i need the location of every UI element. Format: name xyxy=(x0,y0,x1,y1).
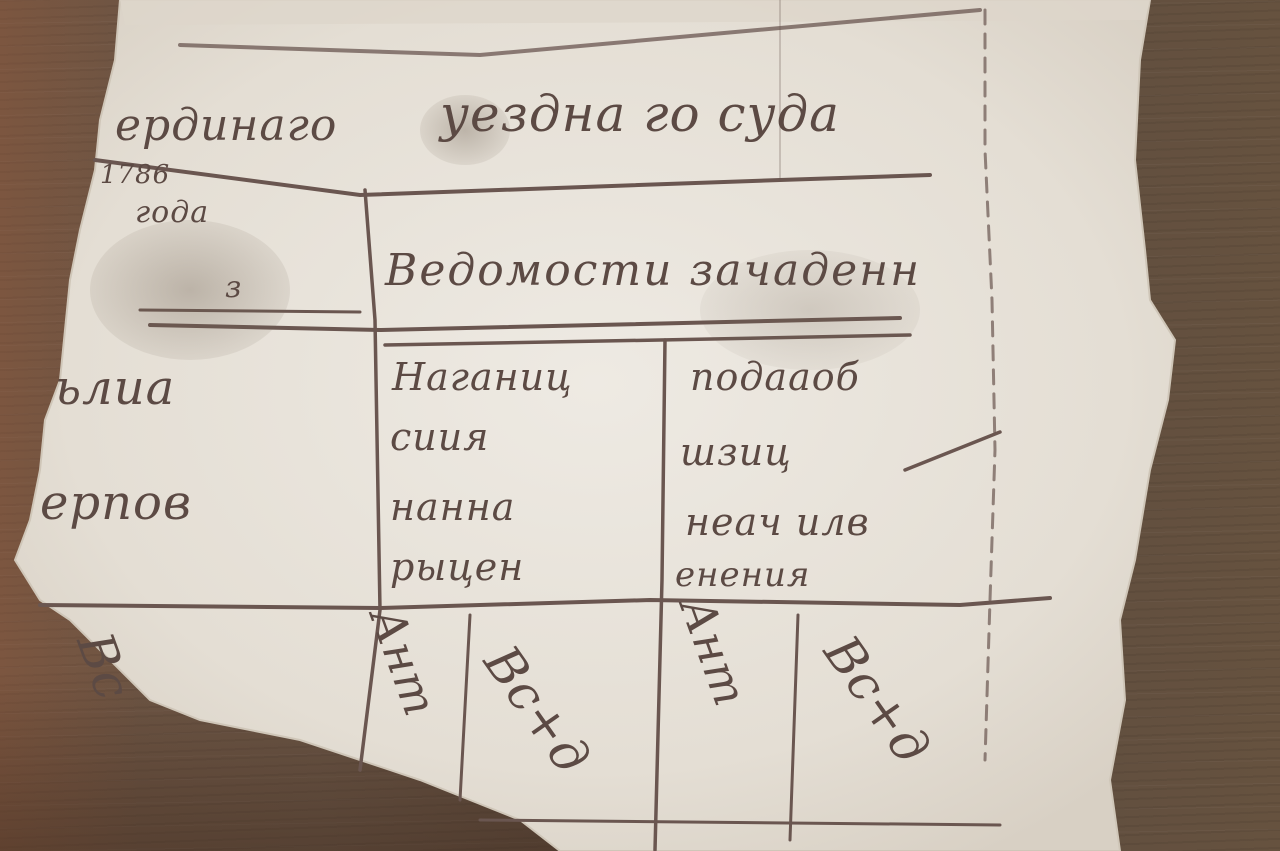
ink-stain xyxy=(90,220,290,360)
left-name-1: ьлиа xyxy=(55,360,175,416)
cell-left-line-1: Наганиц xyxy=(392,355,573,399)
cell-right-line-2: шзиц xyxy=(680,430,792,474)
year-text: 1786 xyxy=(100,160,170,190)
cell-left-line-2: сиия xyxy=(390,415,489,459)
header-right-text: уездна го суда xyxy=(440,85,840,143)
left-column-line-3: з xyxy=(225,270,242,305)
header-left-text: ердинаго xyxy=(115,100,337,151)
cell-right-line-1: подааоб xyxy=(690,355,860,399)
left-column-line-2: года xyxy=(135,195,209,230)
cell-right-line-4: енения xyxy=(675,555,810,595)
cell-right-line-3: неач илв xyxy=(685,500,870,544)
left-name-2: ерпов xyxy=(40,475,192,531)
middle-header-text: Ведомости зачаденн xyxy=(385,245,921,296)
cell-left-line-3: нанна xyxy=(390,485,515,529)
cell-left-line-4: рыцен xyxy=(390,545,524,589)
